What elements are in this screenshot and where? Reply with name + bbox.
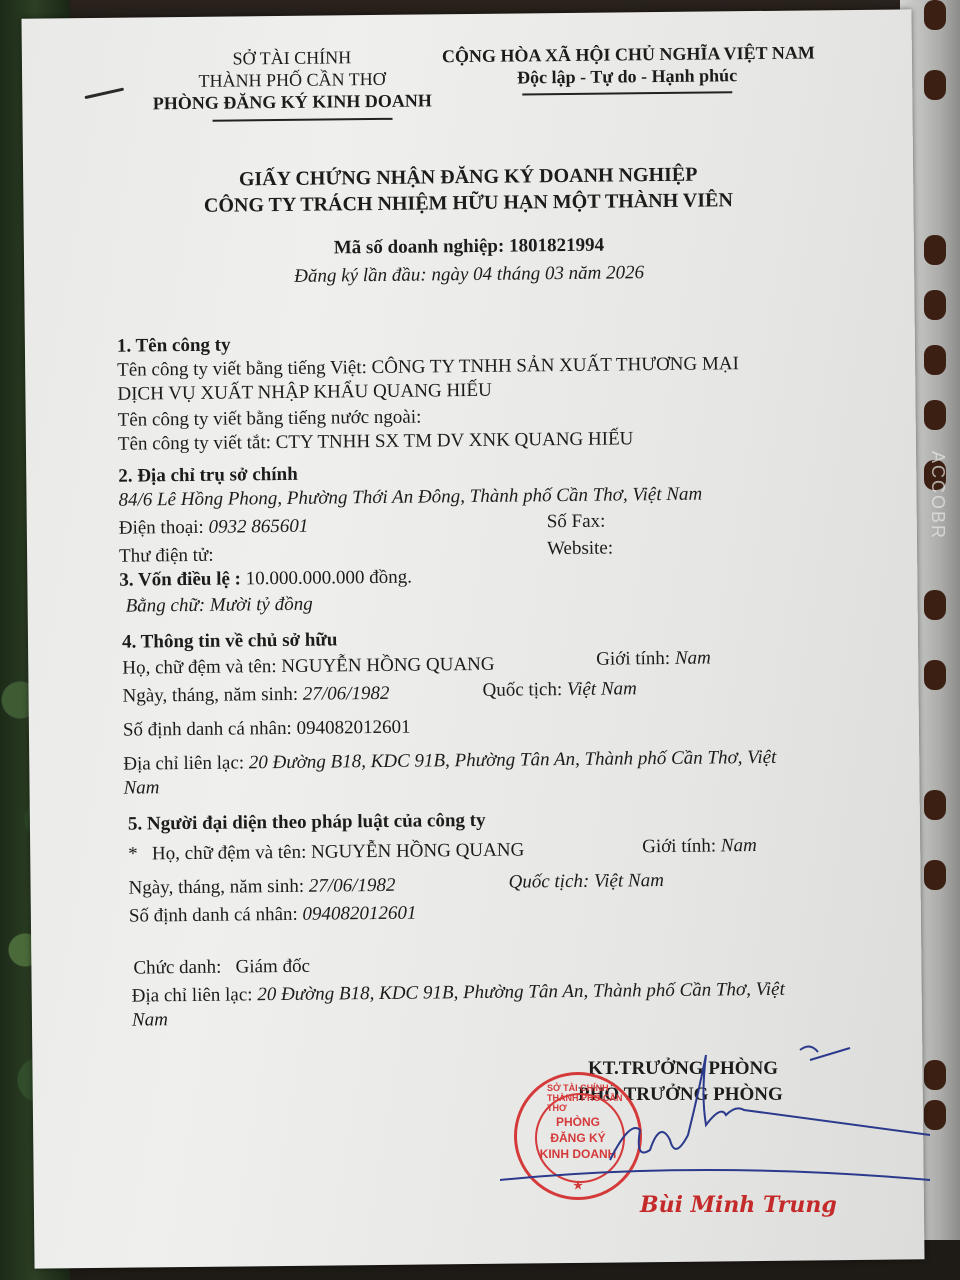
rep-nationality-row: Quốc tịch: Việt Nam bbox=[508, 870, 664, 894]
signer-name: Bùi Minh Trung bbox=[640, 1192, 837, 1218]
rep-contact-row: Địa chỉ liên lạc: 20 Đường B18, KDC 91B,… bbox=[132, 979, 785, 1008]
rep-title-label: Chức danh: bbox=[133, 957, 221, 979]
owner-name-row: Họ, chữ đệm và tên: NGUYỄN HỒNG QUANG bbox=[122, 654, 495, 680]
punch-hole bbox=[924, 0, 946, 30]
section-4-heading: 4. Thông tin về chủ sở hữu bbox=[122, 629, 338, 653]
agency-line-3: PHÒNG ĐĂNG KÝ KINH DOANH bbox=[142, 90, 442, 114]
capital-in-words: Bằng chữ: Mười tỷ đồng bbox=[126, 594, 313, 618]
rep-gender-value: Nam bbox=[721, 835, 757, 856]
rep-nationality-value: Việt Nam bbox=[594, 870, 664, 892]
phone-value: 0932 865601 bbox=[208, 516, 308, 538]
rep-contact-label: Địa chỉ liên lạc: bbox=[132, 984, 253, 1006]
owner-contact-value: 20 Đường B18, KDC 91B, Phường Tân An, Th… bbox=[249, 747, 777, 774]
handwritten-signature-icon bbox=[500, 1040, 960, 1210]
owner-contact-label: Địa chỉ liên lạc: bbox=[123, 752, 244, 774]
punch-hole bbox=[924, 70, 946, 100]
short-name-value: CTY TNHH SX TM DV XNK QUANG HIẾU bbox=[276, 428, 634, 453]
owner-dob-value: 27/06/1982 bbox=[303, 683, 390, 705]
website-label: Website: bbox=[547, 538, 613, 561]
agency-underline bbox=[213, 118, 393, 122]
rep-dob-label: Ngày, tháng, năm sinh: bbox=[128, 876, 304, 899]
rep-name-value: NGUYỄN HỒNG QUANG bbox=[311, 839, 524, 862]
business-code: Mã số doanh nghiệp: 1801821994 bbox=[24, 231, 914, 262]
phone-row: Điện thoại: 0932 865601 bbox=[119, 516, 309, 540]
owner-gender-label: Giới tính: bbox=[596, 648, 670, 670]
owner-nationality-label: Quốc tịch: bbox=[482, 679, 562, 701]
vn-name-value-line-2: DỊCH VỤ XUẤT NHẬP KHẨU QUANG HIẾU bbox=[117, 380, 492, 406]
owner-dob-row: Ngày, tháng, năm sinh: 27/06/1982 bbox=[122, 683, 389, 708]
capital-value: 10.000.000.000 đồng. bbox=[246, 567, 412, 590]
rep-nationality-label: Quốc tịch: bbox=[508, 871, 589, 893]
agency-line-1: SỞ TÀI CHÍNH bbox=[152, 46, 432, 70]
rep-dob-value: 27/06/1982 bbox=[309, 875, 396, 897]
owner-id-row: Số định danh cá nhân: 094082012601 bbox=[123, 717, 411, 742]
vn-name-row: Tên công ty viết bằng tiếng Việt: CÔNG T… bbox=[117, 353, 739, 382]
owner-id-value: 094082012601 bbox=[296, 717, 410, 739]
owner-nationality-row: Quốc tịch: Việt Nam bbox=[482, 678, 637, 702]
bullet-asterisk: * bbox=[128, 844, 138, 865]
short-name-row: Tên công ty viết tắt: CTY TNHH SX TM DV … bbox=[118, 428, 634, 455]
rep-id-row: Số định danh cá nhân: 094082012601 bbox=[129, 903, 417, 928]
punch-hole bbox=[924, 860, 946, 890]
owner-dob-label: Ngày, tháng, năm sinh: bbox=[122, 684, 298, 707]
owner-name-label: Họ, chữ đệm và tên: bbox=[122, 656, 277, 679]
punch-hole bbox=[924, 235, 946, 265]
rep-contact-value-line-2: Nam bbox=[132, 1009, 168, 1031]
owner-contact-value-line-2: Nam bbox=[123, 777, 159, 799]
email-label: Thư điện tử: bbox=[119, 545, 214, 568]
punch-hole bbox=[924, 790, 946, 820]
section-1-heading: 1. Tên công ty bbox=[117, 335, 231, 358]
punch-hole bbox=[924, 660, 946, 690]
rep-name-label: Họ, chữ đệm và tên: bbox=[152, 842, 307, 865]
agency-line-2: THÀNH PHỐ CẦN THƠ bbox=[152, 68, 432, 92]
owner-contact-row: Địa chỉ liên lạc: 20 Đường B18, KDC 91B,… bbox=[123, 747, 776, 776]
nation-line-2: Độc lập - Tự do - Hạnh phúc bbox=[442, 64, 812, 89]
owner-gender-row: Giới tính: Nam bbox=[596, 648, 711, 671]
punch-hole bbox=[924, 290, 946, 320]
nation-underline bbox=[522, 91, 732, 95]
capital-row: 3. Vốn điều lệ : 10.000.000.000 đồng. bbox=[119, 567, 412, 592]
phone-label: Điện thoại: bbox=[119, 517, 204, 539]
rep-gender-label: Giới tính: bbox=[642, 835, 716, 857]
head-office-address: 84/6 Lê Hồng Phong, Phường Thới An Đông,… bbox=[118, 484, 702, 512]
rep-title-value: Giám đốc bbox=[235, 956, 310, 978]
rep-id-value: 094082012601 bbox=[302, 903, 416, 925]
punch-hole bbox=[924, 590, 946, 620]
pen-mark bbox=[84, 88, 124, 100]
rep-title-row: Chức danh: Giám đốc bbox=[133, 956, 310, 980]
first-registration-date: Đăng ký lần đầu: ngày 04 tháng 03 năm 20… bbox=[24, 259, 914, 290]
punch-hole bbox=[924, 400, 946, 430]
foreign-name-label: Tên công ty viết bằng tiếng nước ngoài: bbox=[118, 407, 422, 432]
owner-nationality-value: Việt Nam bbox=[567, 678, 637, 700]
rep-contact-value: 20 Đường B18, KDC 91B, Phường Tân An, Th… bbox=[257, 979, 785, 1006]
section-2-heading: 2. Địa chỉ trụ sở chính bbox=[118, 464, 298, 488]
punch-hole bbox=[924, 345, 946, 375]
rep-dob-row: Ngày, tháng, năm sinh: 27/06/1982 bbox=[128, 875, 395, 900]
owner-gender-value: Nam bbox=[675, 648, 711, 669]
fax-label: Số Fax: bbox=[547, 511, 606, 534]
owner-id-label: Số định danh cá nhân: bbox=[123, 718, 292, 741]
section-3-heading: 3. Vốn điều lệ : bbox=[119, 568, 241, 590]
section-5-heading: 5. Người đại diện theo pháp luật của côn… bbox=[128, 810, 486, 836]
nation-line-1: CỘNG HÒA XÃ HỘI CHỦ NGHĨA VIỆT NAM bbox=[442, 42, 812, 67]
short-name-label: Tên công ty viết tắt: bbox=[118, 432, 271, 455]
rep-id-label: Số định danh cá nhân: bbox=[129, 904, 298, 927]
sleeve-brand: ACCOBR bbox=[927, 451, 948, 540]
rep-gender-row: Giới tính: Nam bbox=[642, 835, 757, 858]
owner-name-value: NGUYỄN HỒNG QUANG bbox=[281, 654, 494, 677]
vn-name-label: Tên công ty viết bằng tiếng Việt: bbox=[117, 357, 367, 381]
rep-name-row: * Họ, chữ đệm và tên: NGUYỄN HỒNG QUANG bbox=[128, 839, 524, 865]
vn-name-value: CÔNG TY TNHH SẢN XUẤT THƯƠNG MẠI bbox=[371, 353, 739, 378]
